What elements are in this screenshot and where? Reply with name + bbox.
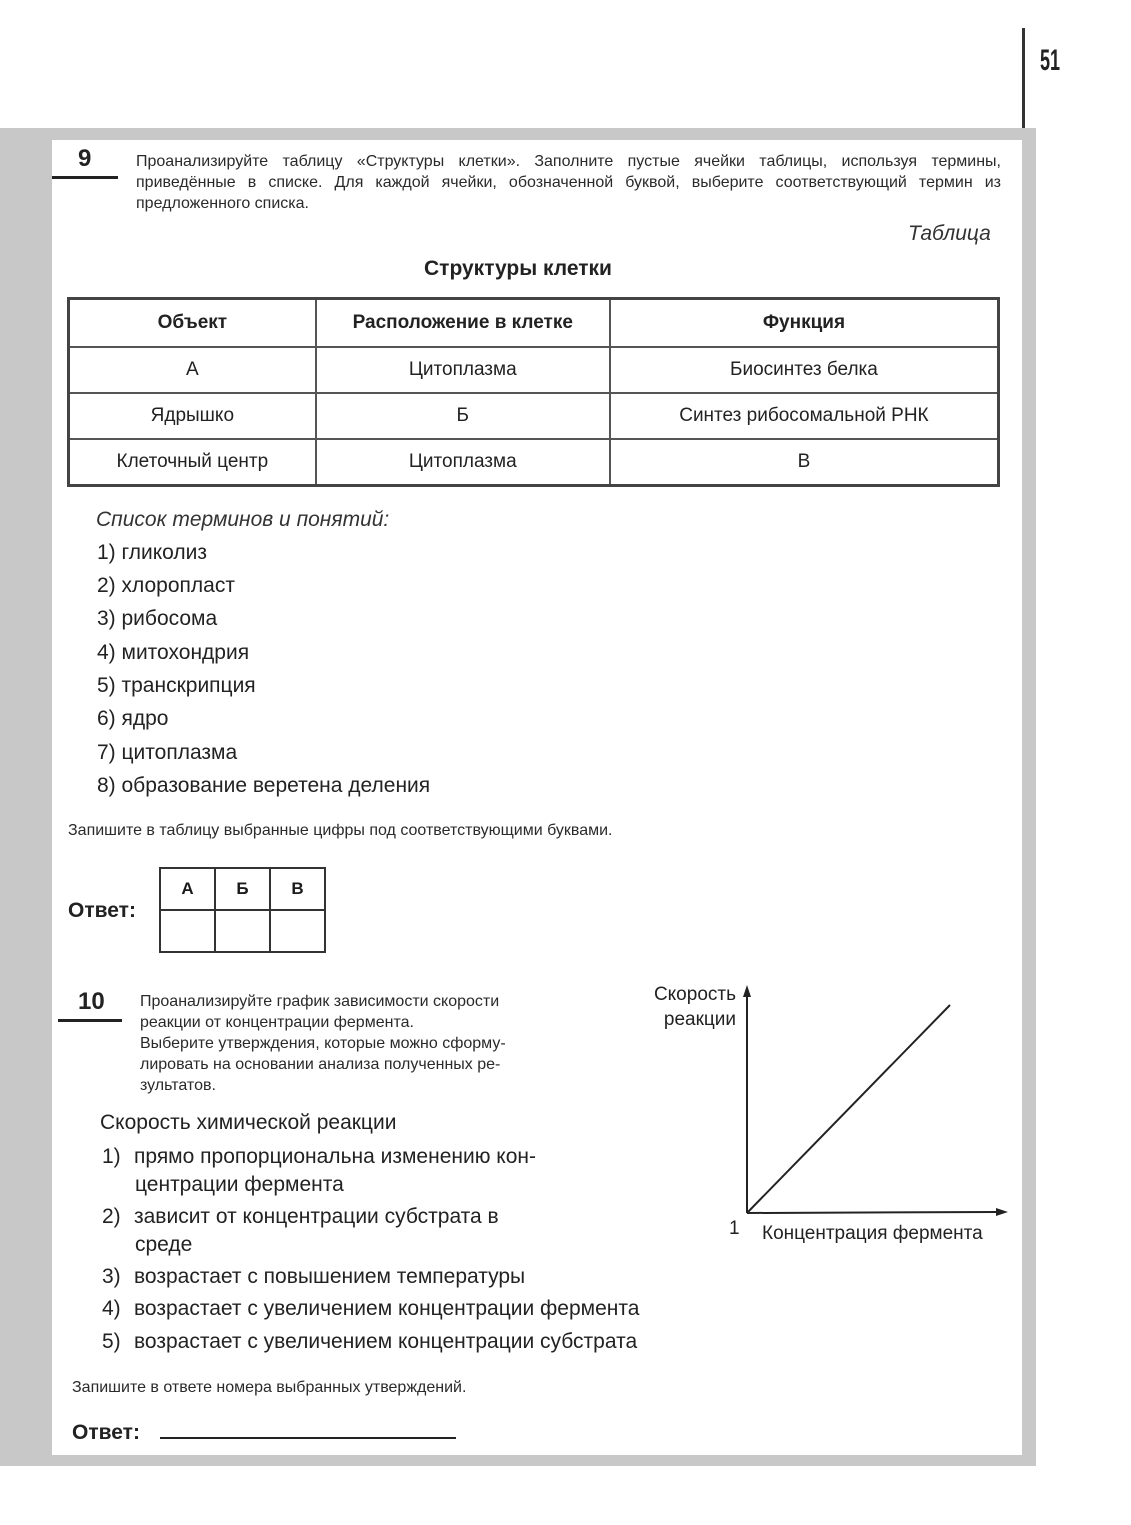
rate-line bbox=[747, 1005, 950, 1213]
table-row: Клеточный центр Цитоплазма В bbox=[69, 439, 999, 486]
term-item: 5) транскрипция bbox=[97, 674, 256, 698]
task-10-answer-field[interactable] bbox=[160, 1437, 456, 1439]
page-number: 51 bbox=[1040, 44, 1060, 78]
term-item: 4) митохондрия bbox=[97, 641, 249, 665]
task-9-instruction: Запишите в таблицу выбранные цифры под с… bbox=[68, 822, 613, 840]
prompt-line: лировать на основании анализа полученных… bbox=[140, 1054, 612, 1075]
header-object: Объект bbox=[69, 299, 316, 348]
answer-header-b: Б bbox=[215, 868, 270, 910]
term-item: 6) ядро bbox=[97, 707, 169, 731]
prompt-line: зультатов. bbox=[140, 1075, 612, 1096]
enzyme-rate-chart bbox=[730, 985, 1010, 1235]
terms-list-title: Список терминов и понятий: bbox=[96, 508, 389, 532]
x-axis bbox=[747, 1212, 998, 1213]
table-cell: Цитоплазма bbox=[316, 439, 610, 486]
table-row: Ядрышко Б Синтез рибосомальной РНК bbox=[69, 393, 999, 439]
table-title: Структуры клетки bbox=[424, 257, 612, 281]
statement-stem: Скорость химической реакции bbox=[100, 1109, 396, 1137]
answer-cell-b[interactable] bbox=[215, 910, 270, 952]
table-cell: В bbox=[610, 439, 999, 486]
task-9-answer-grid: А Б В bbox=[159, 867, 326, 953]
prompt-line: Проанализируйте график зависимости скоро… bbox=[140, 991, 612, 1012]
term-item: 2) хлоропласт bbox=[97, 574, 235, 598]
statement-item: 1)прямо пропорциональна изменению кон- ц… bbox=[102, 1143, 622, 1171]
table-row: А Цитоплазма Биосинтез белка bbox=[69, 347, 999, 393]
chart-y-axis-label: Скорость реакции bbox=[630, 982, 736, 1032]
x-axis-arrow-icon bbox=[996, 1208, 1008, 1216]
chart-origin-label: 1 bbox=[729, 1216, 740, 1241]
statement-item: 3)возрастает с повышением температуры bbox=[102, 1263, 525, 1291]
statement-item: 5)возрастает с увеличением концентрации … bbox=[102, 1328, 637, 1356]
table-cell: А bbox=[69, 347, 316, 393]
task-10-answer-label: Ответ: bbox=[72, 1421, 140, 1445]
statement-item: 2)зависит от концентрации субстрата в ср… bbox=[102, 1203, 622, 1231]
cell-structures-table: Объект Расположение в клетке Функция А Ц… bbox=[67, 297, 1000, 487]
table-cell: Клеточный центр bbox=[69, 439, 316, 486]
page-header-rule bbox=[1022, 28, 1025, 130]
answer-header-a: А bbox=[160, 868, 215, 910]
table-header-row: Объект Расположение в клетке Функция bbox=[69, 299, 999, 348]
answer-header-v: В bbox=[270, 868, 325, 910]
answer-cell-v[interactable] bbox=[270, 910, 325, 952]
table-cell: Б bbox=[316, 393, 610, 439]
header-location: Расположение в клетке bbox=[316, 299, 610, 348]
prompt-line: Выберите утверждения, которые можно сфор… bbox=[140, 1033, 612, 1054]
prompt-line: реакции от концентрации фермента. bbox=[140, 1012, 612, 1033]
table-cell: Ядрышко bbox=[69, 393, 316, 439]
table-cell: Биосинтез белка bbox=[610, 347, 999, 393]
term-item: 3) рибосома bbox=[97, 607, 217, 631]
header-function: Функция bbox=[610, 299, 999, 348]
answer-cell-a[interactable] bbox=[160, 910, 215, 952]
term-item: 8) образование веретена деления bbox=[97, 774, 430, 798]
table-caption: Таблица bbox=[908, 222, 991, 246]
y-axis-arrow-icon bbox=[743, 985, 751, 997]
task-9-marker-bar bbox=[52, 176, 118, 179]
task-10-instruction: Запишите в ответе номера выбранных утвер… bbox=[72, 1379, 466, 1397]
statement-item: 4)возрастает с увеличением концентрации … bbox=[102, 1295, 639, 1323]
term-item: 7) цитоплазма bbox=[97, 741, 237, 765]
task-9-number: 9 bbox=[78, 145, 91, 173]
term-item: 1) гликолиз bbox=[97, 541, 207, 565]
task-9-prompt: Проанализируйте таблицу «Структуры клетк… bbox=[136, 151, 1001, 214]
table-cell: Цитоплазма bbox=[316, 347, 610, 393]
task-9-answer-label: Ответ: bbox=[68, 899, 136, 923]
chart-x-axis-label: Концентрация фермента bbox=[762, 1221, 983, 1246]
table-cell: Синтез рибосомальной РНК bbox=[610, 393, 999, 439]
task-10-prompt: Проанализируйте график зависимости скоро… bbox=[140, 991, 612, 1096]
task-10-number: 10 bbox=[78, 988, 105, 1016]
task-10-marker-bar bbox=[58, 1019, 122, 1022]
